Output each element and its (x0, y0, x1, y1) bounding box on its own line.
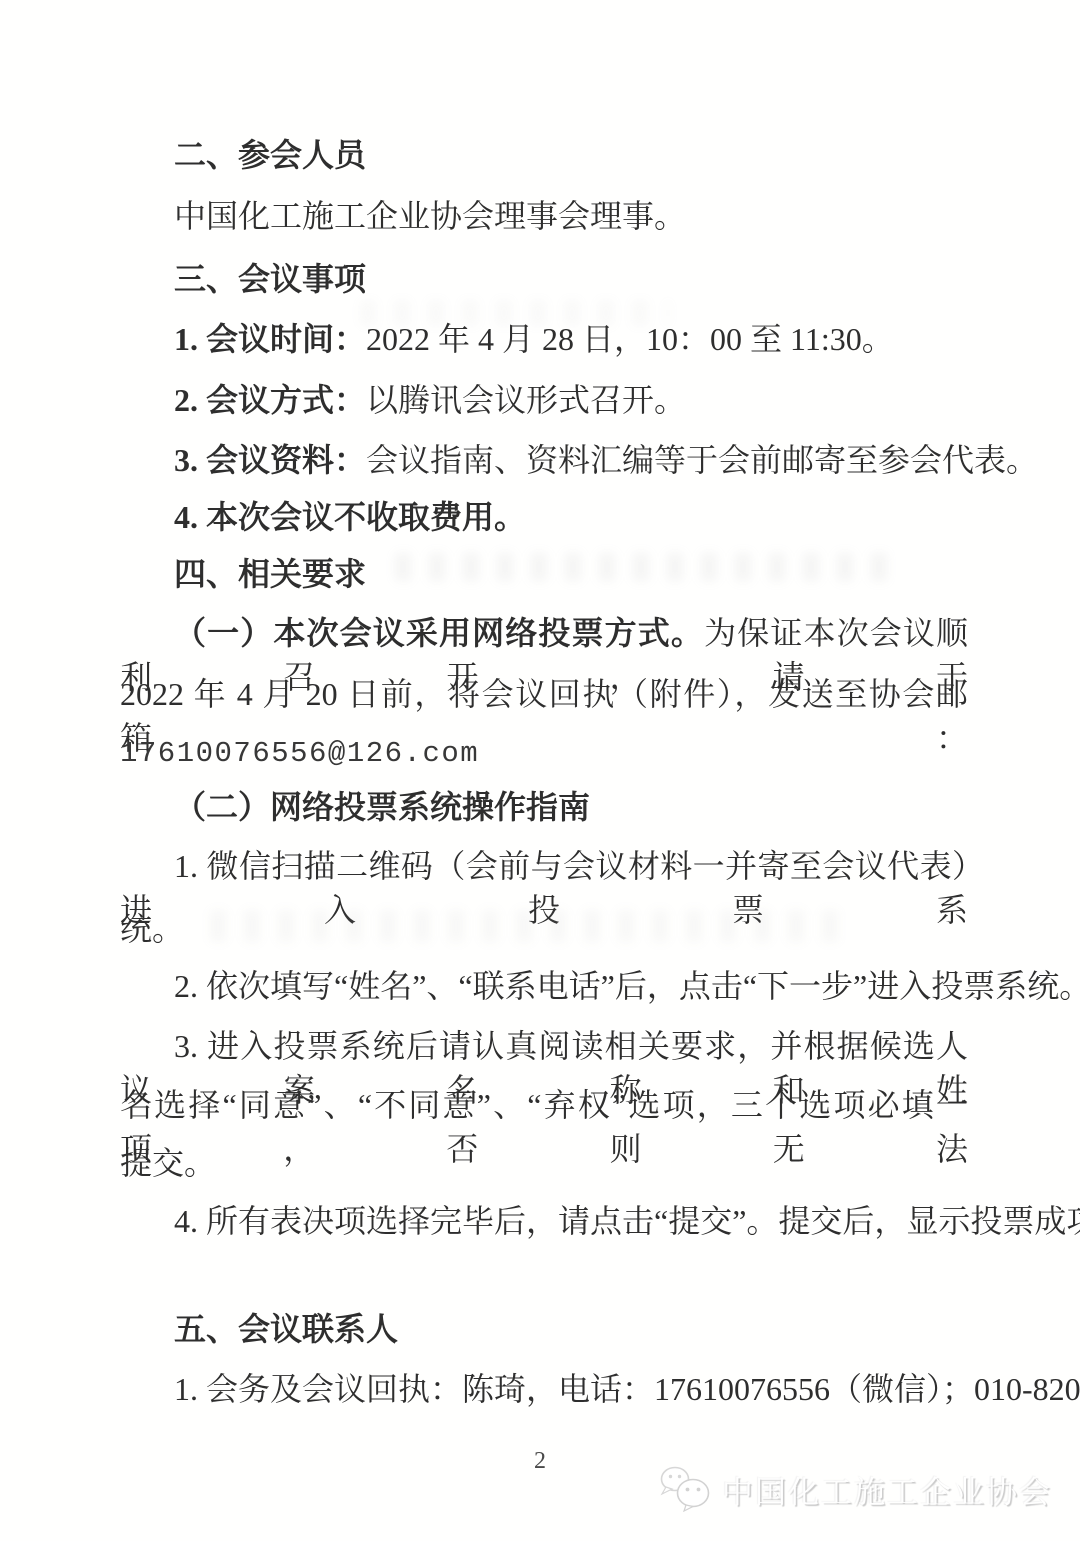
line-text: 统。 (120, 911, 184, 947)
line-text: 2022 年 4 月 28 日，10：00 至 11:30。 (366, 321, 894, 357)
line-label: 3. 会议资料： (174, 442, 366, 478)
doc-line-contact-info: 1. 会务及会议回执：陈琦，电话：17610076556（微信）；010-820… (120, 1367, 968, 1411)
line-text: 4. 本次会议不收取费用。 (174, 499, 526, 535)
email-text: 17610076556@126.com (120, 737, 479, 770)
doc-line-email-address: 17610076556@126.com (120, 732, 968, 776)
scanned-document-page: 二、参会人员 中国化工施工企业协会理事会理事。 三、会议事项 1. 会议时间：2… (0, 0, 1080, 1541)
doc-line-fill-name: 2. 依次填写“姓名”、“联系电话”后，点击“下一步”进入投票系统。 (120, 964, 968, 1008)
doc-line-no-fee: 4. 本次会议不收取费用。 (120, 495, 968, 539)
watermark-text: 中国化工施工企业协会 (722, 1467, 1052, 1512)
heading-text: 三、会议事项 (174, 261, 366, 297)
heading-voting-guide: （二）网络投票系统操作指南 (120, 785, 968, 829)
line-text: 1. 会务及会议回执：陈琦，电话：17610076556（微信）；010-820… (174, 1371, 1080, 1407)
line-label: （一）本次会议采用网络投票方式。 (174, 615, 704, 651)
doc-line-continuation: 提交。 (120, 1141, 968, 1185)
line-text: 以腾讯会议形式召开。 (366, 382, 686, 418)
doc-line-submit: 4. 所有表决项选择完毕后，请点击“提交”。提交后，显示投票成功。 (120, 1199, 968, 1243)
heading-text: 四、相关要求 (174, 556, 366, 592)
line-text: 提交。 (120, 1145, 216, 1181)
line-text: 4. 所有表决项选择完毕后，请点击“提交”。提交后，显示投票成功。 (174, 1203, 1080, 1239)
doc-line-meeting-materials: 3. 会议资料：会议指南、资料汇编等于会前邮寄至参会代表。 (120, 438, 968, 482)
line-text: 中国化工施工企业协会理事会理事。 (174, 198, 686, 234)
doc-line-meeting-format: 2. 会议方式：以腾讯会议形式召开。 (120, 378, 968, 422)
wechat-watermark: 中国化工施工企业协会 (660, 1466, 1052, 1512)
line-text: 2. 依次填写“姓名”、“联系电话”后，点击“下一步”进入投票系统。 (174, 968, 1080, 1004)
heading-participants: 二、参会人员 (120, 133, 968, 177)
wechat-icon (660, 1466, 712, 1512)
heading-text: （二）网络投票系统操作指南 (174, 789, 590, 825)
line-label: 2. 会议方式： (174, 382, 366, 418)
heading-text: 五、会议联系人 (174, 1311, 398, 1347)
doc-line-continuation: 统。 (120, 907, 968, 951)
heading-contacts: 五、会议联系人 (120, 1307, 968, 1351)
line-label: 1. 会议时间： (174, 321, 366, 357)
heading-meeting-items: 三、会议事项 (120, 257, 968, 301)
line-text: 会议指南、资料汇编等于会前邮寄至参会代表。 (366, 442, 1038, 478)
heading-requirements: 四、相关要求 (120, 552, 968, 596)
heading-text: 二、参会人员 (174, 137, 366, 173)
doc-line: 中国化工施工企业协会理事会理事。 (120, 194, 968, 238)
doc-line-meeting-time: 1. 会议时间：2022 年 4 月 28 日，10：00 至 11:30。 (120, 317, 968, 361)
